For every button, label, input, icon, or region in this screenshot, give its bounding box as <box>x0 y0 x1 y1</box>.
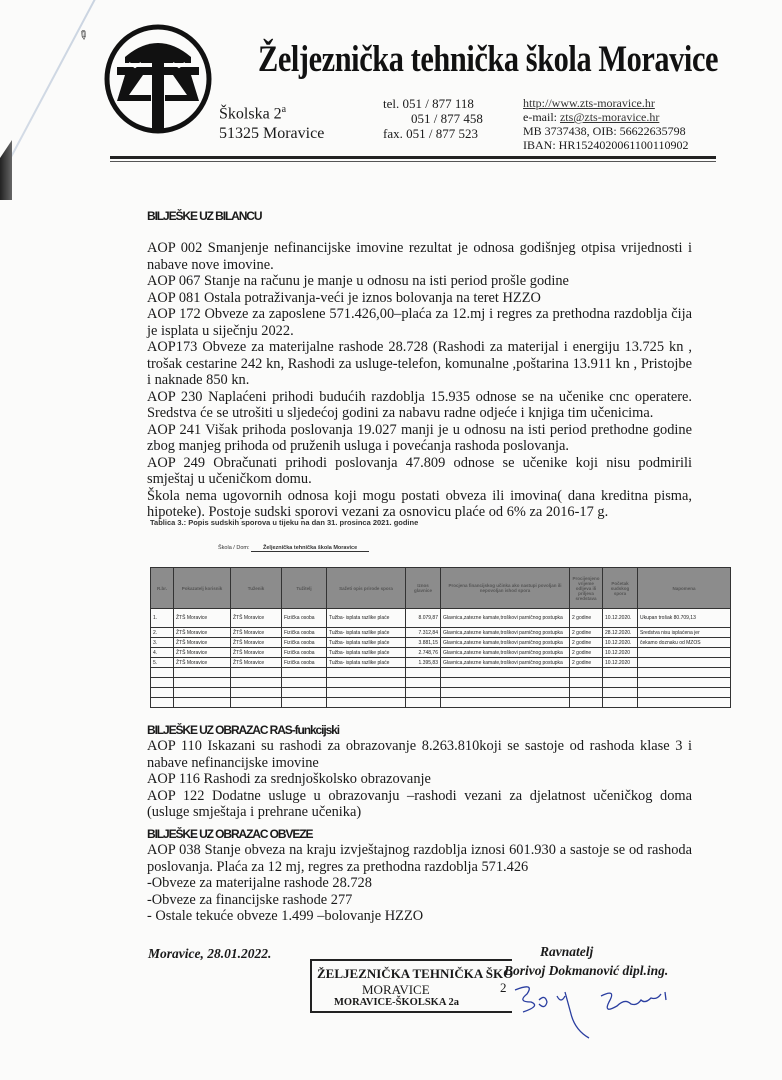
table-cell: ŽTŠ Moravice <box>231 628 282 638</box>
street-suffix: a <box>282 104 286 115</box>
table-cell <box>151 668 174 678</box>
scan-shadow <box>0 140 12 200</box>
column-header: Procijenjeno vrijeme odljeva ili priljev… <box>570 568 603 609</box>
zts-logo-icon <box>103 23 213 135</box>
table-cell <box>282 668 327 678</box>
school-label: Škola / Dom: <box>218 545 249 551</box>
column-header: Iznos glavnice <box>406 568 441 609</box>
column-header: Napomena <box>638 568 731 609</box>
street: Školska 2 <box>219 105 282 122</box>
table-cell <box>151 688 174 698</box>
table-cell: 4. <box>151 648 174 658</box>
table-school: Škola / Dom: Željeznička tehnička škola … <box>218 545 369 552</box>
table-cell <box>231 668 282 678</box>
contact-block: http://www.zts-moravice.hr e-mail: zts@z… <box>523 96 688 152</box>
table-cell <box>174 678 231 688</box>
table-cell: ŽTŠ Moravice <box>174 648 231 658</box>
heading-bilanca: BILJEŠKE UZ BILANCU <box>147 208 692 225</box>
scan-edge <box>0 0 106 440</box>
note-aop-172: AOP 172 Obveze za zaposlene 571.426,00–p… <box>147 306 692 339</box>
table-row: 1.ŽTŠ MoraviceŽTŠ MoraviceFizička osobaT… <box>151 609 731 628</box>
table-cell <box>603 688 638 698</box>
table-cell: 8.079,87 <box>406 609 441 628</box>
table-cell: ŽTŠ Moravice <box>231 638 282 648</box>
table-cell <box>441 678 570 688</box>
table-cell <box>638 688 731 698</box>
table-cell: Fizička osoba <box>282 658 327 668</box>
iban: IBAN: HR1524020061100110902 <box>523 138 688 152</box>
table-cell <box>570 698 603 708</box>
table-cell <box>327 698 406 708</box>
section-bilanca: AOP 002 Smanjenje nefinancijske imovine … <box>147 240 692 521</box>
table-cell <box>441 698 570 708</box>
column-header: Sažeti opis prirode spora <box>327 568 406 609</box>
table-cell: Fizička osoba <box>282 628 327 638</box>
table-cell <box>603 678 638 688</box>
table-row: 3.ŽTŠ MoraviceŽTŠ MoraviceFizička osobaT… <box>151 638 731 648</box>
table-cell <box>231 688 282 698</box>
school-stamp: ŽELJEZNIČKA TEHNIČKA ŠKO MORAVICE MORAVI… <box>310 959 512 1013</box>
table-row: 4.ŽTŠ MoraviceŽTŠ MoraviceFizička osobaT… <box>151 648 731 658</box>
table-cell <box>441 668 570 678</box>
table-cell: 28.12.2020. <box>603 628 638 638</box>
column-header: R.br. <box>151 568 174 609</box>
note-aop-002: AOP 002 Smanjenje nefinancijske imovine … <box>147 240 692 273</box>
header-rule <box>110 156 716 159</box>
table-cell <box>327 678 406 688</box>
note-aop-067: AOP 067 Stanje na računu je manje u odno… <box>147 273 692 290</box>
mb-oib: MB 3737438, OIB: 56622635798 <box>523 124 688 138</box>
table-cell: Fizička osoba <box>282 609 327 628</box>
table-cell: 1.395,83 <box>406 658 441 668</box>
note-contracts: Škola nema ugovornih odnosa koji mogu po… <box>147 488 692 521</box>
table-cell: ŽTŠ Moravice <box>231 658 282 668</box>
table-cell <box>406 668 441 678</box>
column-header: Početak sudskog spora <box>603 568 638 609</box>
note-aop-038: AOP 038 Stanje obveza na kraju izvještaj… <box>147 842 692 875</box>
table-cell <box>638 648 731 658</box>
table-cell: Glavnica,zatezne kamate,troškovi parničn… <box>441 638 570 648</box>
table-cell <box>603 668 638 678</box>
column-header: Tuženik <box>231 568 282 609</box>
table-cell: čekamo doznaku od MZOS <box>638 638 731 648</box>
director-name: Borivoj Dokmanović dipl.ing. <box>504 963 668 979</box>
table-cell <box>638 698 731 708</box>
obveze-materijalne: -Obveze za materijalne rashode 28.728 <box>147 875 692 892</box>
table-cell: Fizička osoba <box>282 638 327 648</box>
table-cell: 3.881,15 <box>406 638 441 648</box>
place-date: Moravice, 28.01.2022. <box>148 946 271 962</box>
table-cell <box>570 678 603 688</box>
school-name: Željeznička tehnička škola Moravice <box>258 38 718 81</box>
table-cell: 10.12.2020 <box>603 648 638 658</box>
note-aop-241: AOP 241 Višak prihoda poslovanja 19.027 … <box>147 422 692 455</box>
stamp-line-1: ŽELJEZNIČKA TEHNIČKA ŠKO <box>317 966 513 982</box>
obveze-financijske: -Obveze za financijske rashode 277 <box>147 892 692 909</box>
phone-1: tel. 051 / 877 118 <box>383 96 483 111</box>
section-obveze: AOP 038 Stanje obveza na kraju izvještaj… <box>147 842 692 925</box>
table-cell: 2 godine <box>570 648 603 658</box>
table-row: 5.ŽTŠ MoraviceŽTŠ MoraviceFizička osobaT… <box>151 658 731 668</box>
obveze-ostale: - Ostale tekuće obveze 1.499 –bolovanje … <box>147 908 692 925</box>
table-cell <box>638 658 731 668</box>
table-cell <box>570 668 603 678</box>
table-title: Tablica 3.: Popis sudskih sporova u tije… <box>150 518 418 527</box>
table-cell: 10.12.2020. <box>603 638 638 648</box>
table-cell: Sredstva nisu isplaćena jer <box>638 628 731 638</box>
table-cell <box>174 688 231 698</box>
table-cell: ŽTŠ Moravice <box>174 609 231 628</box>
table-cell <box>406 678 441 688</box>
table-cell <box>174 668 231 678</box>
table-cell: 7.312,84 <box>406 628 441 638</box>
table-cell <box>327 688 406 698</box>
table-cell: 2.748,76 <box>406 648 441 658</box>
table-cell <box>570 688 603 698</box>
table-cell <box>638 668 731 678</box>
phone-block: tel. 051 / 877 118 051 / 877 458 fax. 05… <box>383 96 483 141</box>
table-cell: 3. <box>151 638 174 648</box>
table-row: 2.ŽTŠ MoraviceŽTŠ MoraviceFizička osobaT… <box>151 628 731 638</box>
table-cell <box>638 678 731 688</box>
table-cell: 2 godine <box>570 658 603 668</box>
stamp-line-3: MORAVICE-ŠKOLSKA 2a <box>334 997 459 1008</box>
table-cell <box>231 698 282 708</box>
note-aop-116: AOP 116 Rashodi za srednjoškolsko obrazo… <box>147 771 692 788</box>
table-cell <box>441 688 570 698</box>
email-label: e-mail: <box>523 110 560 124</box>
table-cell: Tužba- isplata razlike plaće <box>327 658 406 668</box>
email-link[interactable]: zts@zts-moravice.hr <box>560 110 659 124</box>
table-cell: ŽTŠ Moravice <box>174 638 231 648</box>
table-cell <box>282 678 327 688</box>
note-aop-173: AOP173 Obveze za materijalne rashode 28.… <box>147 339 692 389</box>
empty-row <box>151 668 731 678</box>
note-aop-230: AOP 230 Naplaćeni prihodi budućih razdob… <box>147 389 692 422</box>
litigation-table: R.br.Pokazatelj korisnikTuženikTužiteljS… <box>150 567 731 708</box>
table-cell: Tužba- isplata razlike plaće <box>327 648 406 658</box>
table-cell <box>151 698 174 708</box>
signature-icon <box>505 980 685 1040</box>
director-role: Ravnatelj <box>540 944 593 960</box>
table-cell: 5. <box>151 658 174 668</box>
table-cell: 10.12.2020 <box>603 658 638 668</box>
table-cell <box>174 698 231 708</box>
header-rule-thin <box>110 161 716 162</box>
table-cell: ŽTŠ Moravice <box>174 658 231 668</box>
section-ras: AOP 110 Iskazani su rashodi za obrazovan… <box>147 738 692 821</box>
table-cell <box>282 698 327 708</box>
table-cell: Glavnica,zatezne kamate,troškovi parničn… <box>441 648 570 658</box>
table-cell <box>406 688 441 698</box>
column-header: Tužitelj <box>282 568 327 609</box>
table-cell: Ukupan trošak 80.709,13 <box>638 609 731 628</box>
table-cell <box>406 698 441 708</box>
table-cell <box>151 678 174 688</box>
table-cell <box>327 668 406 678</box>
postal-city: 51325 Moravice <box>219 124 324 144</box>
table-cell: 10.12.2020. <box>603 609 638 628</box>
table-cell <box>282 688 327 698</box>
table-cell: ŽTŠ Moravice <box>174 628 231 638</box>
table-cell: Tužba- isplata razlike plaće <box>327 609 406 628</box>
phone-2: 051 / 877 458 <box>383 111 483 126</box>
table-cell: ŽTŠ Moravice <box>231 648 282 658</box>
table-cell: Glavnica,zatezne kamate,troškovi parničn… <box>441 609 570 628</box>
table-cell <box>603 698 638 708</box>
note-aop-122: AOP 122 Dodatne usluge u obrazovanju –ra… <box>147 788 692 821</box>
school-address: Školska 2a 51325 Moravice <box>219 100 324 144</box>
table-cell: Glavnica,zatezne kamate,troškovi parničn… <box>441 628 570 638</box>
school-value: Željeznička tehnička škola Moravice <box>251 545 369 552</box>
table-cell: Tužba- isplata razlike plaće <box>327 628 406 638</box>
empty-row <box>151 698 731 708</box>
empty-row <box>151 678 731 688</box>
empty-row <box>151 688 731 698</box>
heading-obveze: BILJEŠKE UZ OBRAZAC OBVEZE <box>147 826 692 843</box>
table-cell: Tužba- isplata razlike plaće <box>327 638 406 648</box>
table-cell: Fizička osoba <box>282 648 327 658</box>
table-cell: ŽTŠ Moravice <box>231 609 282 628</box>
table-cell <box>231 678 282 688</box>
column-header: Procjena financijskog učinka ako nastupi… <box>441 568 570 609</box>
table-cell: 2 godine <box>570 638 603 648</box>
table-cell: 2 godine <box>570 609 603 628</box>
table-cell: 2 godine <box>570 628 603 638</box>
note-aop-249: AOP 249 Obračunati prihodi poslovanja 47… <box>147 455 692 488</box>
table-cell: 1. <box>151 609 174 628</box>
fax: fax. 051 / 877 523 <box>383 126 483 141</box>
website-link[interactable]: http://www.zts-moravice.hr <box>523 96 688 110</box>
note-aop-110: AOP 110 Iskazani su rashodi za obrazovan… <box>147 738 692 771</box>
table-cell: Glavnica,zatezne kamate,troškovi parničn… <box>441 658 570 668</box>
stamp-line-2: MORAVICE <box>362 982 430 998</box>
note-aop-081: AOP 081 Ostala potraživanja-veći je izno… <box>147 290 692 307</box>
heading-ras: BILJEŠKE UZ OBRAZAC RAS-funkcijski <box>147 722 692 739</box>
table-cell: 2. <box>151 628 174 638</box>
column-header: Pokazatelj korisnik <box>174 568 231 609</box>
